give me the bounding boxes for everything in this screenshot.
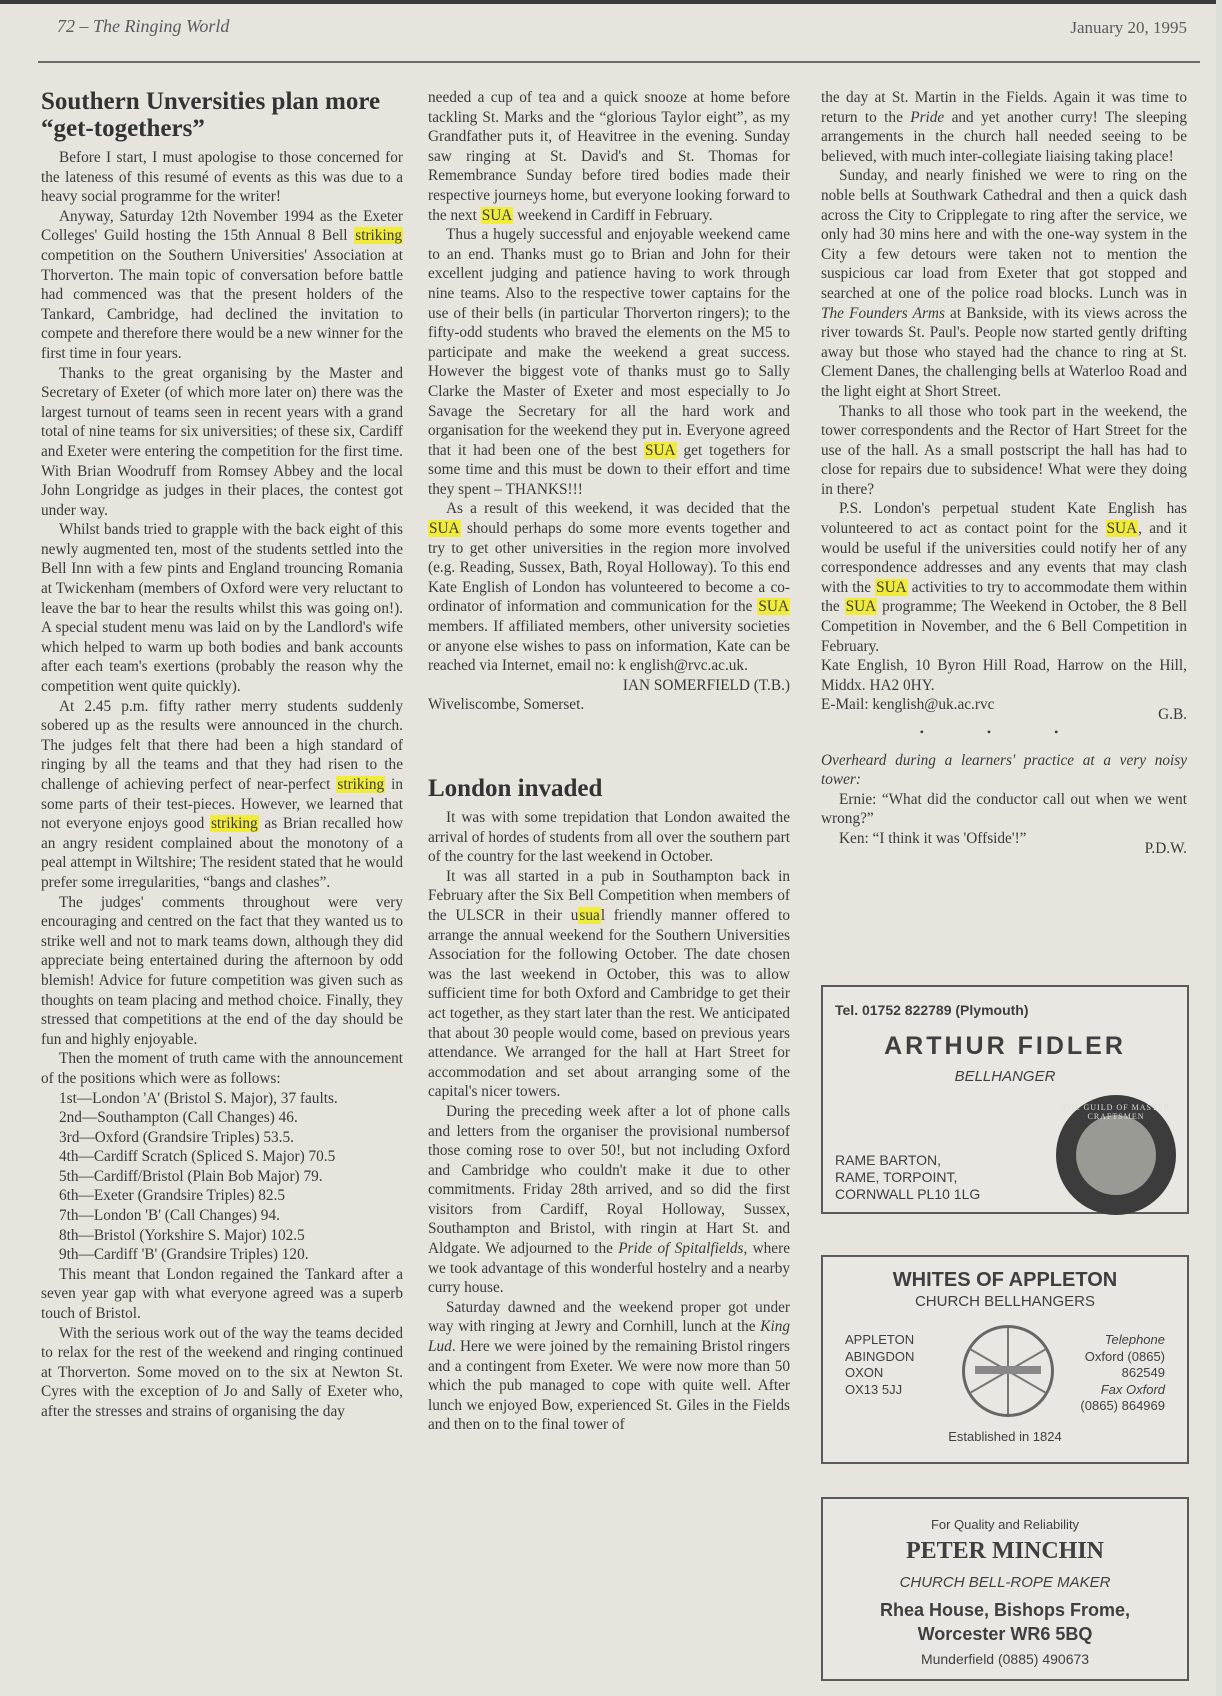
paragraph-continued: the day at St. Martin in the Fields. Aga… (821, 88, 1187, 166)
contact-email-row: E-Mail: kenglish@uk.ac.rvc G.B. (821, 695, 1187, 715)
advert-subtitle: CHURCH BELLHANGERS (823, 1293, 1187, 1310)
paragraph: The judges' comments throughout were ver… (41, 893, 403, 1050)
page-number-and-publication: 72 – The Ringing World (57, 16, 229, 37)
article-headline-london-invaded: London invaded (428, 775, 790, 802)
snippet-line: Ken: “I think it was 'Offside'!” (821, 829, 1187, 849)
result-item: 7th—London 'B' (Call Changes) 94. (59, 1206, 403, 1226)
snippet-line: Ernie: “What did the conductor call out … (821, 790, 1187, 829)
result-item: 9th—Cardiff 'B' (Grandsire Triples) 120. (59, 1245, 403, 1265)
advert-address: APPLETON ABINGDON OXON OX13 5JJ (845, 1332, 914, 1398)
scan-top-border (0, 0, 1222, 4)
advert-trade: BELLHANGER (823, 1068, 1187, 1085)
advert-phone: Munderfield (0885) 490673 (823, 1651, 1187, 1667)
paragraph: P.S. London's perpetual student Kate Eng… (821, 499, 1187, 656)
column-2: needed a cup of tea and a quick snooze a… (428, 88, 790, 1435)
search-highlight: striking (354, 227, 403, 244)
bell-wheel-icon (962, 1325, 1054, 1417)
advert-trade: CHURCH BELL-ROPE MAKER (823, 1574, 1187, 1591)
result-item: 1st—London 'A' (Bristol S. Major), 37 fa… (59, 1089, 403, 1109)
article-initials: G.B. (1158, 705, 1187, 725)
result-item: 6th—Exeter (Grandsire Triples) 82.5 (59, 1186, 403, 1206)
search-highlight: SUA (1106, 520, 1139, 537)
advert-name: WHITES OF APPLETON (823, 1269, 1187, 1292)
search-highlight: sua (578, 907, 600, 924)
search-highlight: SUA (845, 598, 878, 615)
column-1: Southern Unversities plan more “get-toge… (41, 88, 403, 1422)
paragraph: It was all started in a pub in Southampt… (428, 867, 790, 1102)
paragraph: With the serious work out of the way the… (41, 1324, 403, 1422)
paragraph: At 2.45 p.m. fifty rather merry students… (41, 697, 403, 893)
result-item: 8th—Bristol (Yorkshire S. Major) 102.5 (59, 1226, 403, 1246)
scan-right-edge (1216, 0, 1222, 1696)
advert-tagline: For Quality and Reliability (823, 1517, 1187, 1532)
snippet-row: Ken: “I think it was 'Offside'!” P.D.W. (821, 829, 1187, 849)
search-highlight: striking (336, 776, 385, 793)
advert-phone: Telephone Oxford (0865) 862549 Fax Oxfor… (1080, 1332, 1165, 1415)
advert-whites-of-appleton: WHITES OF APPLETON CHURCH BELLHANGERS AP… (821, 1255, 1189, 1464)
paragraph: Thus a hugely successful and enjoyable w… (428, 225, 790, 499)
paragraph: Anyway, Saturday 12th November 1994 as t… (41, 207, 403, 364)
advert-telephone: Tel. 01752 822789 (Plymouth) (835, 1002, 1029, 1018)
column-3: the day at St. Martin in the Fields. Aga… (821, 88, 1187, 849)
paragraph: Then the moment of truth came with the a… (41, 1049, 403, 1088)
advert-address: RAME BARTON, RAME, TORPOINT, CORNWALL PL… (835, 1152, 980, 1203)
snippet-initials: P.D.W. (1145, 839, 1187, 859)
paragraph: During the preceding week after a lot of… (428, 1102, 790, 1298)
result-item: 3rd—Oxford (Grandsire Triples) 53.5. (59, 1128, 403, 1148)
author-location: Wiveliscombe, Somerset. (428, 695, 790, 715)
paragraph: Saturday dawned and the weekend proper g… (428, 1298, 790, 1435)
result-item: 2nd—Southampton (Call Changes) 46. (59, 1108, 403, 1128)
paragraph: Thanks to all those who took part in the… (821, 402, 1187, 500)
advert-address: Rhea House, Bishops Frome, Worcester WR6… (823, 1598, 1187, 1646)
paragraph: As a result of this weekend, it was deci… (428, 499, 790, 675)
advert-peter-minchin: For Quality and Reliability PETER MINCHI… (821, 1497, 1189, 1681)
search-highlight: SUA (875, 579, 908, 596)
paragraph: Before I start, I must apologise to thos… (41, 148, 403, 207)
search-highlight: striking (210, 815, 259, 832)
search-highlight: SUA (757, 598, 790, 615)
paragraph: Thanks to the great organising by the Ma… (41, 364, 403, 521)
article-headline-southern-universities: Southern Unversities plan more “get-toge… (41, 88, 403, 142)
guild-seal-icon: THE GUILD OF MASTER CRAFTSMEN (1056, 1095, 1176, 1215)
section-separator: • • • (821, 723, 1187, 743)
contact-email: E-Mail: kenglish@uk.ac.rvc (821, 696, 994, 713)
search-highlight: SUA (481, 207, 514, 224)
page-header: 72 – The Ringing World January 20, 1995 (57, 16, 1187, 46)
advert-established: Established in 1824 (823, 1429, 1187, 1444)
advert-arthur-fidler: Tel. 01752 822789 (Plymouth) ARTHUR FIDL… (821, 985, 1189, 1214)
paragraph: Sunday, and nearly finished we were to r… (821, 166, 1187, 401)
advert-name: ARTHUR FIDLER (823, 1032, 1187, 1061)
paragraph: This meant that London regained the Tank… (41, 1265, 403, 1324)
paragraph-continued: needed a cup of tea and a quick snooze a… (428, 88, 790, 225)
search-highlight: SUA (644, 442, 677, 459)
article-author: IAN SOMERFIELD (T.B.) (428, 676, 790, 696)
advert-name: PETER MINCHIN (823, 1538, 1187, 1565)
result-item: 5th—Cardiff/Bristol (Plain Bob Major) 79… (59, 1167, 403, 1187)
contact-address: Kate English, 10 Byron Hill Road, Harrow… (821, 656, 1187, 695)
issue-date: January 20, 1995 (1070, 18, 1187, 38)
header-rule (38, 61, 1200, 63)
paragraph: Whilst bands tried to grapple with the b… (41, 520, 403, 696)
snippet-intro: Overheard during a learners' practice at… (821, 751, 1187, 790)
results-list: 1st—London 'A' (Bristol S. Major), 37 fa… (41, 1089, 403, 1265)
result-item: 4th—Cardiff Scratch (Spliced S. Major) 7… (59, 1147, 403, 1167)
paragraph: It was with some trepidation that London… (428, 808, 790, 867)
search-highlight: SUA (428, 520, 461, 537)
